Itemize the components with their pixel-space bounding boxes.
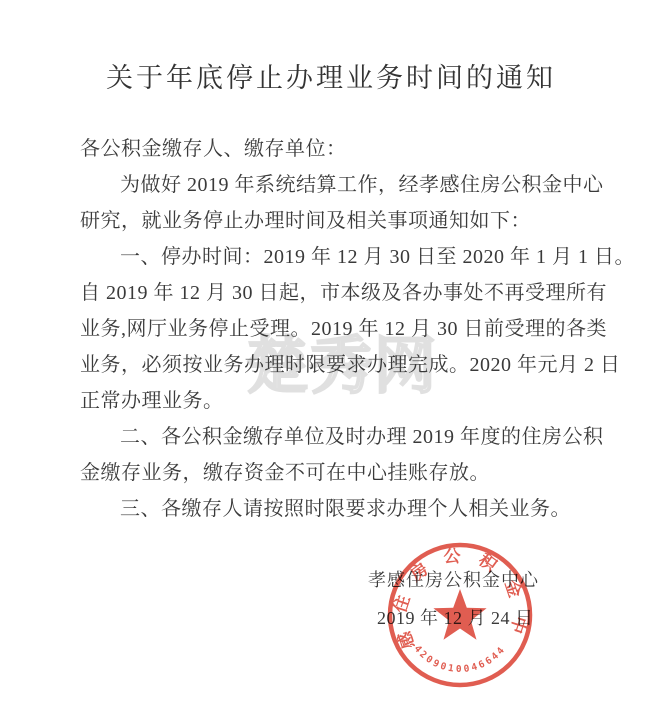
- body-line-item-1: 一、停办时间：2019 年 12 月 30 日至 2020 年 1 月 1 日。: [80, 239, 580, 275]
- body-line: 研究，就业务停止办理时间及相关事项通知如下：: [80, 203, 580, 239]
- body-line: 正常办理业务。: [80, 383, 580, 419]
- notice-document-page: 楚秀网 关于年底停止办理业务时间的通知 各公积金缴存人、缴存单位： 为做好 20…: [0, 0, 662, 708]
- salutation-line: 各公积金缴存人、缴存单位：: [80, 131, 580, 167]
- body-line: 金缴存业务，缴存资金不可在中心挂账存放。: [80, 455, 580, 491]
- seal-serial-number: 4209010046644: [412, 644, 509, 675]
- seal-star-icon: [433, 589, 486, 640]
- body-line-item-2: 二、各公积金缴存单位及时办理 2019 年度的住房公积: [80, 419, 580, 455]
- document-title: 关于年底停止办理业务时间的通知: [0, 56, 662, 95]
- body-line: 自 2019 年 12 月 30 日起，市本级及各办事处不再受理所有: [80, 275, 580, 311]
- body-line-item-3: 三、各缴存人请按照时限要求办理个人相关业务。: [80, 491, 580, 527]
- svg-text:4209010046644: 4209010046644: [412, 644, 509, 675]
- body-line: 业务,网厅业务停止受理。2019 年 12 月 30 日前受理的各类: [80, 311, 580, 347]
- document-body: 各公积金缴存人、缴存单位： 为做好 2019 年系统结算工作，经孝感住房公积金中…: [80, 131, 580, 527]
- body-line: 为做好 2019 年系统结算工作，经孝感住房公积金中心: [80, 167, 580, 203]
- body-line: 业务，必须按业务办理时限要求办理完成。2020 年元月 2 日: [80, 347, 580, 383]
- official-seal: 孝感住房公积金中心 4209010046644: [385, 540, 535, 690]
